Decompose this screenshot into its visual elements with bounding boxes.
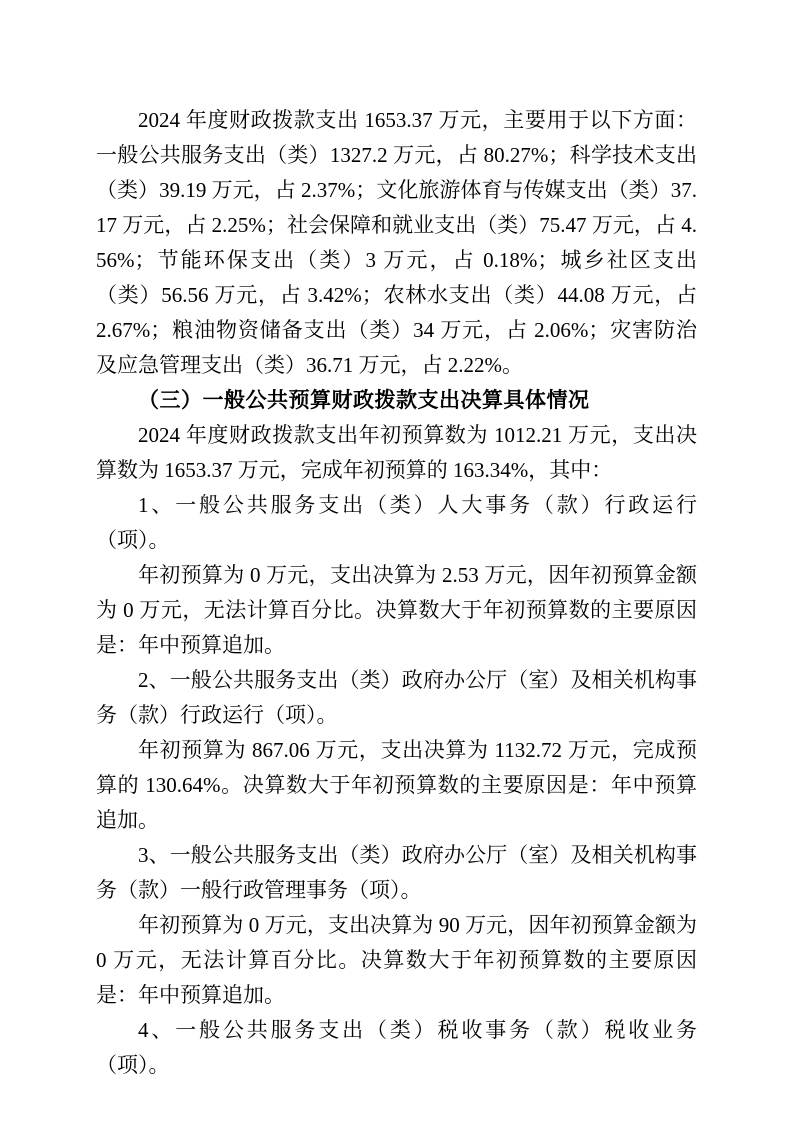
paragraph-item-2-title: 2、一般公共服务支出（类）政府办公厅（室）及相关机构事务（款）行政运行（项）。	[96, 663, 697, 733]
paragraph-item-3-title: 3、一般公共服务支出（类）政府办公厅（室）及相关机构事务（款）一般行政管理事务（…	[96, 838, 697, 908]
paragraph-budget-vs-final-accounts: 2024 年度财政拨款支出年初预算数为 1012.21 万元，支出决算数为 16…	[96, 418, 697, 488]
paragraph-item-3-detail: 年初预算为 0 万元，支出决算为 90 万元，因年初预算金额为 0 万元，无法计…	[96, 908, 697, 1013]
paragraph-item-2-detail: 年初预算为 867.06 万元，支出决算为 1132.72 万元，完成预算的 1…	[96, 733, 697, 838]
document-page: 2024 年度财政拨款支出 1653.37 万元，主要用于以下方面：一般公共服务…	[0, 0, 793, 1122]
paragraph-expenditure-breakdown: 2024 年度财政拨款支出 1653.37 万元，主要用于以下方面：一般公共服务…	[96, 103, 697, 383]
section-heading-general-public-budget-details: （三）一般公共预算财政拨款支出决算具体情况	[96, 383, 697, 418]
paragraph-item-4-title: 4、一般公共服务支出（类）税收事务（款）税收业务（项）。	[96, 1013, 697, 1083]
paragraph-item-1-title: 1、一般公共服务支出（类）人大事务（款）行政运行（项）。	[96, 488, 697, 558]
paragraph-item-1-detail: 年初预算为 0 万元，支出决算为 2.53 万元，因年初预算金额为 0 万元，无…	[96, 558, 697, 663]
